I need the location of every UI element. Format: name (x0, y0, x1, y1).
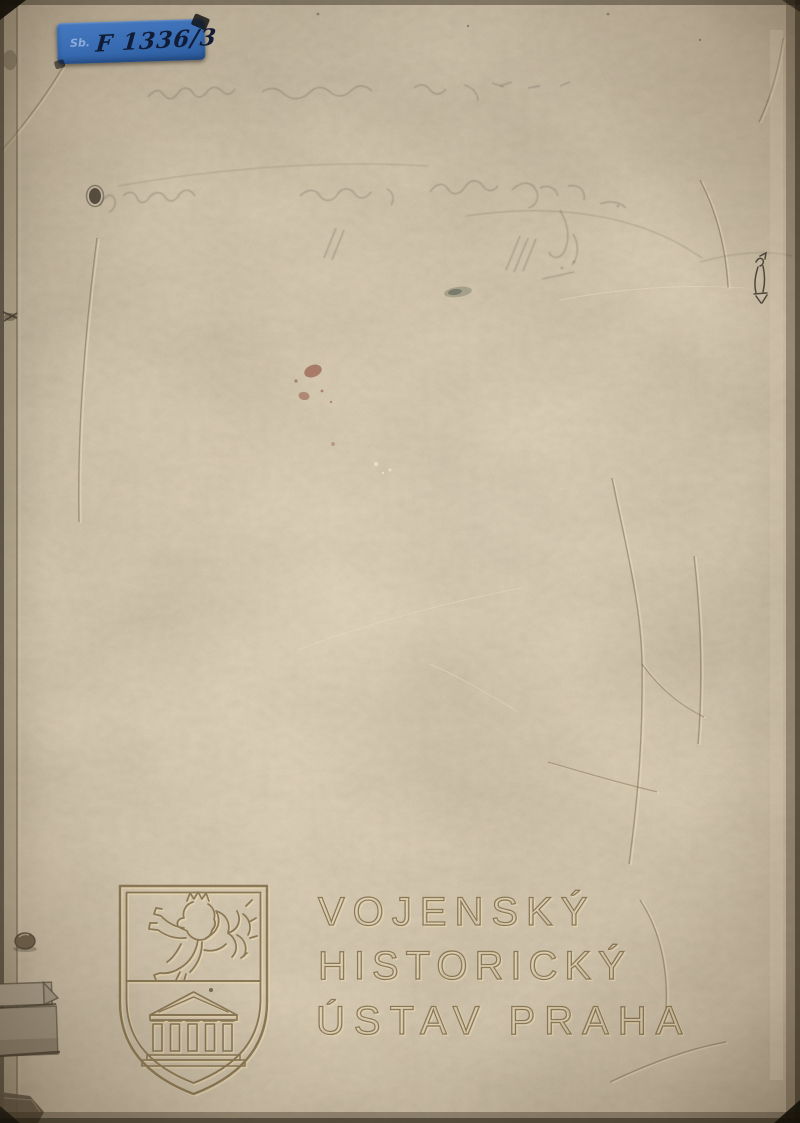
book-cover-scan: VOJENSKÝ HISTORICKÝ ÚSTAV PRAHA (0, 0, 800, 1123)
parchment-artwork: VOJENSKÝ HISTORICKÝ ÚSTAV PRAHA (0, 0, 800, 1123)
label-shelfmark-text: F 1336/3 (95, 24, 218, 58)
vignette (0, 0, 800, 1123)
label-series-text: Sb. (70, 36, 90, 50)
archive-label: Sb. F 1336/3 (56, 19, 205, 65)
